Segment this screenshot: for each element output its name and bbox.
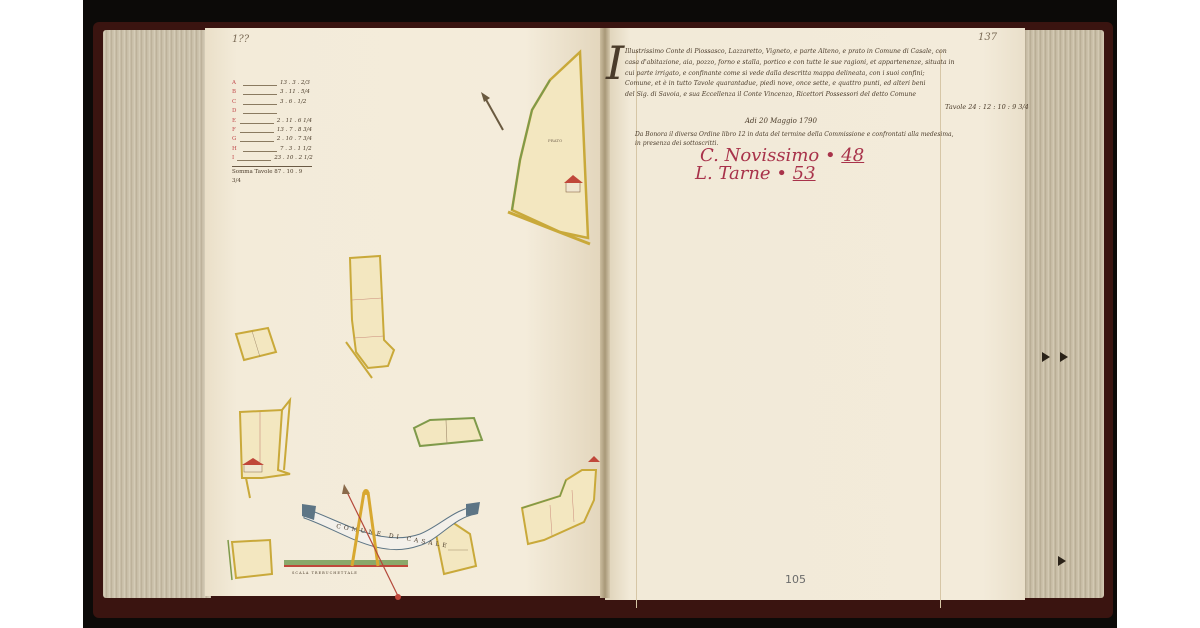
record-total: Tavole 24 : 12 : 10 : 9 3/4 — [945, 103, 1029, 111]
parcel-c — [414, 418, 482, 446]
parcel-prato — [508, 52, 590, 244]
folio-stamp: 105 — [785, 573, 806, 586]
parcel-label: PRATO — [548, 138, 563, 143]
record-line: casa d'abitazione, aia, pozzo, forno e s… — [625, 58, 955, 69]
scale-label: SCALA TREBUCHETTALE — [292, 571, 358, 575]
parcel-g — [228, 540, 272, 580]
red-entry-tarne: L. Tarne • 53 — [695, 163, 816, 184]
record-text: Illustrissimo Conte di Piossasco, Lazzar… — [625, 47, 955, 101]
cadastral-map: PRATO — [0, 0, 1200, 628]
record-line: cui parte irrigato, e confinante come si… — [625, 69, 955, 80]
record-line: del Sig. di Savoia, e sua Eccellenza il … — [625, 90, 955, 101]
parcel-f — [240, 400, 290, 498]
north-arrow-icon — [481, 92, 503, 130]
parcel-e — [522, 456, 600, 544]
parcel-a — [236, 328, 276, 360]
record-date: Adi 20 Maggio 1790 — [745, 117, 817, 125]
scale-bar — [284, 560, 408, 567]
record-line: Comune, et è in tutto Tavole quarantadue… — [625, 79, 955, 90]
record-line: Illustrissimo Conte di Piossasco, Lazzar… — [625, 47, 955, 58]
parcel-b — [346, 256, 394, 378]
drop-cap: I — [606, 40, 624, 86]
